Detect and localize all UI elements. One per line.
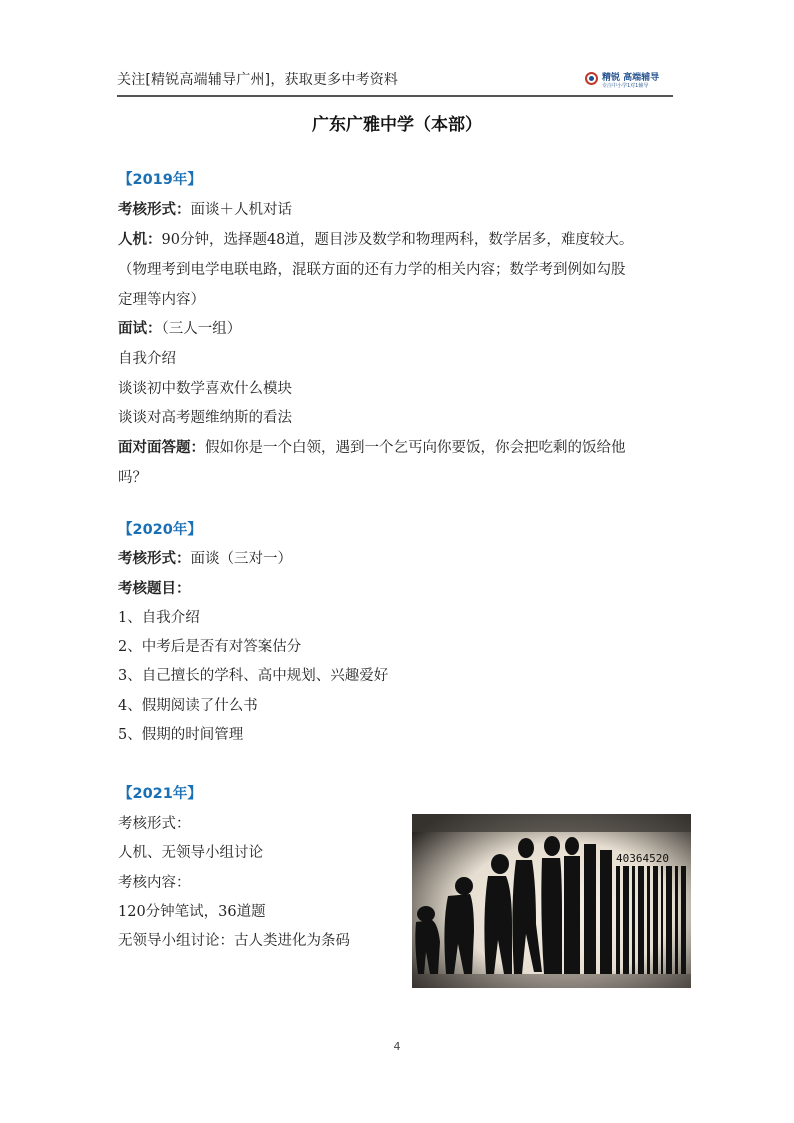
logo-sub-text: 专注中小学1对1辅导 <box>602 82 648 89</box>
text-line: 自我介绍 <box>118 349 176 369</box>
line-text: 90分钟，选择题48道，题目涉及数学和物理两科，数学居多，难度较大。 <box>162 232 634 248</box>
text-line: 定理等内容） <box>118 290 205 310</box>
text-line: 面对面答题：假如你是一个白领，遇到一个乞丐向你要饭，你会把吃剩的饭给他 <box>118 438 626 458</box>
line-label: 考核形式： <box>118 551 191 567</box>
brand-logo: 精锐 高端辅导 专注中小学1对1辅导 <box>585 70 673 90</box>
list-item: 2、中考后是否有对答案估分 <box>118 637 301 657</box>
text-line: 考核形式： <box>118 814 191 834</box>
text-line: （物理考到电学电联电路，混联方面的还有力学的相关内容；数学考到例如勾股 <box>118 260 626 280</box>
text-line: 考核题目： <box>118 579 191 599</box>
list-item: 5、假期的时间管理 <box>118 725 243 745</box>
line-label: 面试： <box>118 321 162 337</box>
line-text: 面谈（三对一） <box>191 551 293 567</box>
text-line: 面试：（三人一组） <box>118 319 241 339</box>
evolution-barcode-image: 40364520 <box>412 814 691 988</box>
text-line: 谈谈初中数学喜欢什么模块 <box>118 379 292 399</box>
list-item: 1、自我介绍 <box>118 608 200 628</box>
line-label: 考核形式： <box>118 202 191 218</box>
brand-logo-icon <box>585 72 598 85</box>
page-number: 4 <box>0 1040 794 1053</box>
header-divider <box>117 95 673 97</box>
list-item: 4、假期阅读了什么书 <box>118 696 258 716</box>
section-heading-2021: 【2021年】 <box>118 784 202 804</box>
line-label: 面对面答题： <box>118 440 205 456</box>
text-line: 无领导小组讨论：古人类进化为条码 <box>118 931 350 951</box>
section-heading-2019: 【2019年】 <box>118 170 202 190</box>
text-line: 人机、无领导小组讨论 <box>118 843 263 863</box>
line-text: 面谈＋人机对话 <box>191 202 293 218</box>
section-heading-2020: 【2020年】 <box>118 520 202 540</box>
text-line: 人机：90分钟，选择题48道，题目涉及数学和物理两科，数学居多，难度较大。 <box>118 230 633 250</box>
page-header: 关注[精锐高端辅导广州]，获取更多中考资料 精锐 高端辅导 专注中小学1对1辅导 <box>117 66 673 96</box>
list-item: 3、自己擅长的学科、高中规划、兴趣爱好 <box>118 666 388 686</box>
line-text: 假如你是一个白领，遇到一个乞丐向你要饭，你会把吃剩的饭给他 <box>205 440 626 456</box>
line-label: 人机： <box>118 232 162 248</box>
text-line: 吗？ <box>118 468 147 488</box>
text-line: 谈谈对高考题维纳斯的看法 <box>118 408 292 428</box>
page-title: 广东广雅中学（本部） <box>0 110 794 135</box>
text-line: 考核形式：面谈（三对一） <box>118 549 292 569</box>
header-text: 关注[精锐高端辅导广州]，获取更多中考资料 <box>117 69 398 89</box>
line-text: （三人一组） <box>162 321 242 337</box>
barcode-digits: 40364520 <box>616 852 669 865</box>
text-line: 考核形式：面谈＋人机对话 <box>118 200 292 220</box>
text-line: 考核内容： <box>118 873 191 893</box>
text-line: 120分钟笔试，36道题 <box>118 902 266 922</box>
